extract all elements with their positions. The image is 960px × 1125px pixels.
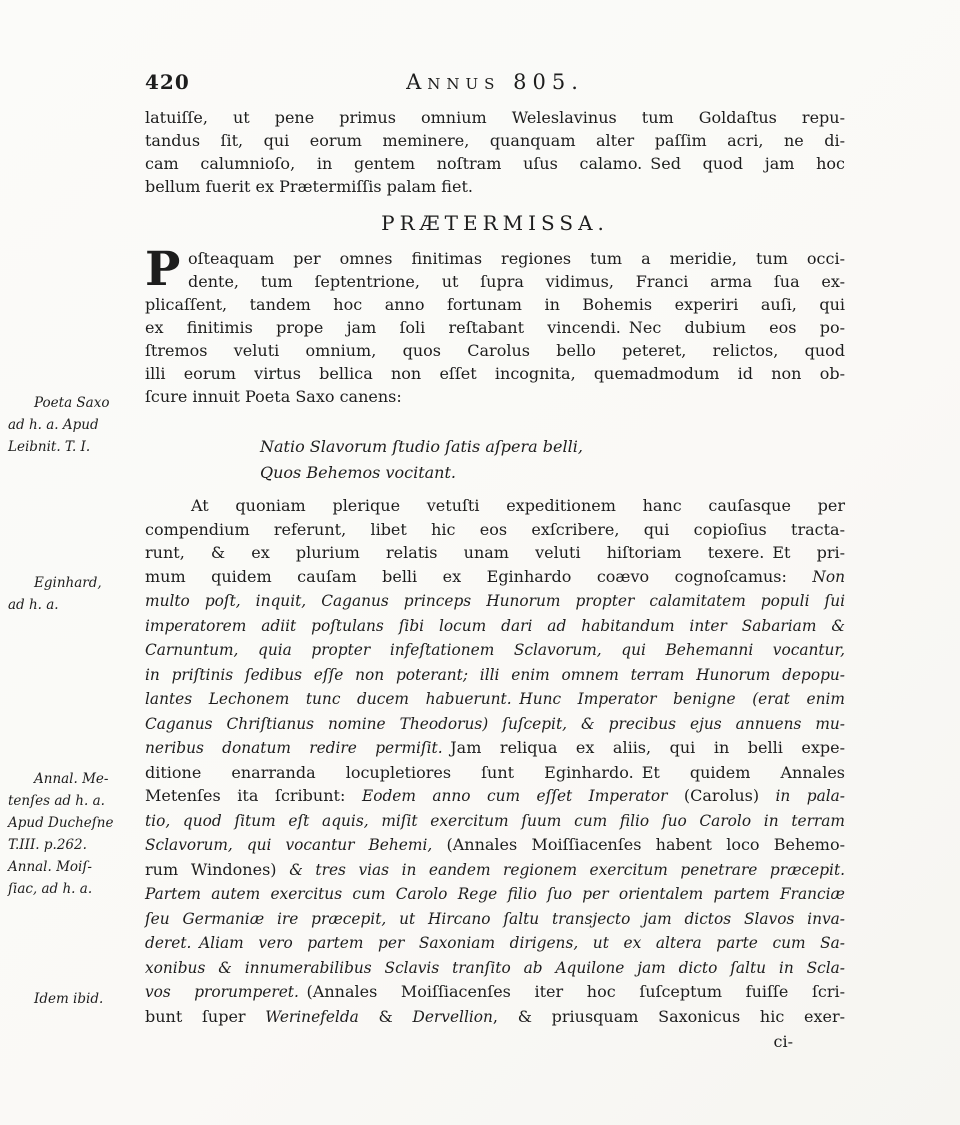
italic-segment: multo poſt, inquit, Caganus princeps Hun… [145, 592, 845, 610]
italic-segment: lantes Lechonem tunc ducem habuerunt. Hu… [145, 690, 845, 708]
margin-note-poeta-saxo: Poeta Saxoad h. a. ApudLeibnit. T. I. [8, 392, 140, 458]
body-line: rum Windones) & tres vias in eandem regi… [145, 858, 845, 883]
verse-line: Quos Behemos vocitant. [260, 460, 845, 486]
italic-segment: neribus donatum redire permiſit. [145, 739, 450, 757]
body-line: Carnuntum, quia propter infeſtationem Sc… [145, 638, 845, 663]
body-line: cam calumnioſo, in gentem noſtram uſus c… [145, 152, 845, 175]
body-blocks: latuiſſe, ut pene primus omnium Weleslav… [145, 106, 845, 1051]
italic-segment: xonibus & innumerabilibus Sclavis tranſi… [145, 959, 845, 977]
margin-note-line: Poeta Saxo [8, 392, 140, 414]
roman-segment: bellum fuerit ex Prætermiſſis palam fiet… [145, 177, 473, 196]
body-line: tandus ſit, qui eorum meminere, quanquam… [145, 129, 845, 152]
body-line: ſcure innuit Poeta Saxo canens: [145, 385, 845, 408]
roman-segment: bunt ſuper [145, 1007, 265, 1026]
paragraph-2: Poſteaquam per omnes finitimas regiones … [145, 247, 845, 408]
body-line: ſtremos veluti omnium, quos Carolus bell… [145, 339, 845, 362]
body-line: neribus donatum redire permiſit. Jam rel… [145, 736, 845, 761]
roman-segment: ex finitimis prope jam ſoli reſtabant vi… [145, 318, 845, 337]
italic-segment: deret. Aliam vero partem per Saxoniam di… [145, 934, 845, 952]
roman-segment: ſcure innuit Poeta Saxo canens: [145, 387, 402, 406]
roman-segment: illi eorum virtus bellica non eſſet inco… [145, 364, 845, 383]
italic-segment: in pala- [759, 787, 845, 805]
roman-segment: ditione enarranda locupletiores ſunt Egi… [145, 763, 845, 782]
body-line: runt, & ex plurium relatis unam veluti h… [145, 541, 845, 565]
body-line: illi eorum virtus bellica non eſſet inco… [145, 362, 845, 385]
margin-note-line: Apud Ducheſne [8, 812, 140, 834]
margin-note-line: Annal. Me- [8, 768, 140, 790]
catchword-row: ci- [145, 1032, 845, 1051]
page-header: 420 Annus 805. [145, 70, 845, 98]
body-line: oſteaquam per omnes finitimas regiones t… [145, 247, 845, 270]
body-line: compendium referunt, libet hic eos exſcr… [145, 518, 845, 542]
italic-segment: tio, quod ſitum eſt aquis, miſit exercit… [145, 812, 845, 830]
margin-note-line: ſiac, ad h. a. [8, 878, 140, 900]
paragraph-3: At quoniam plerique vetuſti expeditionem… [145, 494, 845, 1029]
margin-note-line: ad h. a. [8, 594, 140, 616]
roman-segment: plicaſſent, tandem hoc anno fortunam in … [145, 295, 845, 314]
roman-segment: runt, & ex plurium relatis unam veluti h… [145, 543, 845, 562]
italic-segment: Carnuntum, quia propter infeſtationem Sc… [145, 641, 845, 659]
margin-note-line: tenſes ad h. a. [8, 790, 140, 812]
body-line: in priſtinis ſedibus eſſe non poterant; … [145, 663, 845, 688]
roman-segment: latuiſſe, ut pene primus omnium Weleslav… [145, 108, 845, 127]
roman-segment: (Annales Moiſſiacenſes habent loco Behem… [432, 835, 845, 854]
body-line: plicaſſent, tandem hoc anno fortunam in … [145, 293, 845, 316]
body-line: deret. Aliam vero partem per Saxoniam di… [145, 931, 845, 956]
margin-note-annal-metenses: Annal. Me-tenſes ad h. a.Apud DucheſneT.… [8, 768, 140, 900]
body-line: bunt ſuper Werinefelda & Dervellion, & p… [145, 1005, 845, 1030]
roman-segment: rum Windones) [145, 860, 289, 879]
roman-segment: tandus ſit, qui eorum meminere, quanquam… [145, 131, 845, 150]
roman-segment: ſtremos veluti omnium, quos Carolus bell… [145, 341, 845, 360]
body-line: ſeu Germaniæ ire præcepit, ut Hircano ſa… [145, 907, 845, 932]
body-line: Caganus Chriſtianus nomine Theodorus) ſu… [145, 712, 845, 737]
text-column: 420 Annus 805. latuiſſe, ut pene primus … [145, 0, 845, 1051]
body-line: imperatorem adiit poſtulans ſibi locum d… [145, 614, 845, 639]
italic-segment: Eodem anno cum eſſet Imperator [362, 787, 684, 805]
roman-segment: cam calumnioſo, in gentem noſtram uſus c… [145, 154, 845, 173]
margin-note-eginhard: Eginhard,ad h. a. [8, 572, 140, 616]
running-header: Annus 805. [145, 70, 845, 94]
body-line: multo poſt, inquit, Caganus princeps Hun… [145, 589, 845, 614]
italic-segment: Sclavorum, qui vocantur Behemi, [145, 836, 432, 854]
body-line: lantes Lechonem tunc ducem habuerunt. Hu… [145, 687, 845, 712]
italic-segment: ſeu Germaniæ ire præcepit, ut Hircano ſa… [145, 910, 845, 928]
margin-note-idem-ibid: Idem ibid. [8, 988, 140, 1010]
italic-segment: in priſtinis ſedibus eſſe non poterant; … [145, 666, 845, 684]
body-line: latuiſſe, ut pene primus omnium Weleslav… [145, 106, 845, 129]
italic-segment: imperatorem adiit poſtulans ſibi locum d… [145, 617, 845, 635]
italic-segment: Werinefelda [265, 1008, 359, 1026]
roman-segment: (Carolus) [684, 786, 759, 805]
body-line: Partem autem exercitus cum Carolo Rege f… [145, 882, 845, 907]
roman-segment: dente, tum ſeptentrione, ut ſupra vidimu… [188, 272, 845, 291]
body-line: tio, quod ſitum eſt aquis, miſit exercit… [145, 809, 845, 834]
body-line: ex finitimis prope jam ſoli reſtabant vi… [145, 316, 845, 339]
body-line: mum quidem cauſam belli ex Eginhardo coæ… [145, 565, 845, 590]
drop-cap: P [145, 249, 181, 293]
roman-segment: oſteaquam per omnes finitimas regiones t… [188, 249, 845, 268]
body-line: bellum fuerit ex Prætermiſſis palam fiet… [145, 175, 845, 198]
margin-note-line: T.III. p.262. [8, 834, 140, 856]
italic-segment: & tres vias in eandem regionem exercitum… [289, 861, 845, 879]
italic-segment: vos prorumperet. [145, 983, 307, 1001]
roman-segment: , & priusquam Saxonicus hic exer- [493, 1007, 845, 1026]
body-line: vos prorumperet. (Annales Moiſſiacenſes … [145, 980, 845, 1005]
body-line: Metenſes ita ſcribunt: Eodem anno cum eſ… [145, 784, 845, 809]
roman-segment: (Annales Moiſſiacenſes iter hoc ſuſceptu… [307, 982, 845, 1001]
roman-segment: At quoniam plerique vetuſti expeditionem… [191, 496, 845, 515]
body-line: xonibus & innumerabilibus Sclavis tranſi… [145, 956, 845, 981]
catchword: ci- [774, 1032, 793, 1051]
paragraph-1: latuiſſe, ut pene primus omnium Weleslav… [145, 106, 845, 198]
body-line: ditione enarranda locupletiores ſunt Egi… [145, 761, 845, 785]
body-line: At quoniam plerique vetuſti expeditionem… [145, 494, 845, 518]
italic-segment: Caganus Chriſtianus nomine Theodorus) ſu… [145, 715, 845, 733]
verse-line: Natio Slavorum ſtudio ſatis aſpera belli… [260, 434, 845, 460]
roman-segment: compendium referunt, libet hic eos exſcr… [145, 520, 845, 539]
roman-segment: Jam reliqua ex aliis, qui in belli expe- [450, 738, 845, 757]
italic-segment: Partem autem exercitus cum Carolo Rege f… [145, 885, 845, 903]
margin-note-line: Eginhard, [8, 572, 140, 594]
roman-segment: mum quidem cauſam belli ex Eginhardo coæ… [145, 567, 812, 586]
italic-segment: Dervellion [413, 1008, 493, 1026]
margin-note-line: ad h. a. Apud [8, 414, 140, 436]
body-line: Sclavorum, qui vocantur Behemi, (Annales… [145, 833, 845, 858]
section-heading: PRÆTERMISSA. [145, 211, 845, 235]
roman-segment: Metenſes ita ſcribunt: [145, 786, 362, 805]
verse-quote: Natio Slavorum ſtudio ſatis aſpera belli… [145, 434, 845, 486]
italic-segment: Non [812, 568, 845, 586]
margin-note-line: Idem ibid. [8, 988, 140, 1010]
roman-segment: & [359, 1007, 413, 1026]
book-page-scan: Poeta Saxoad h. a. ApudLeibnit. T. I.Egi… [0, 0, 960, 1125]
body-line: dente, tum ſeptentrione, ut ſupra vidimu… [145, 270, 845, 293]
margin-note-line: Leibnit. T. I. [8, 436, 140, 458]
margin-note-line: Annal. Moiſ- [8, 856, 140, 878]
